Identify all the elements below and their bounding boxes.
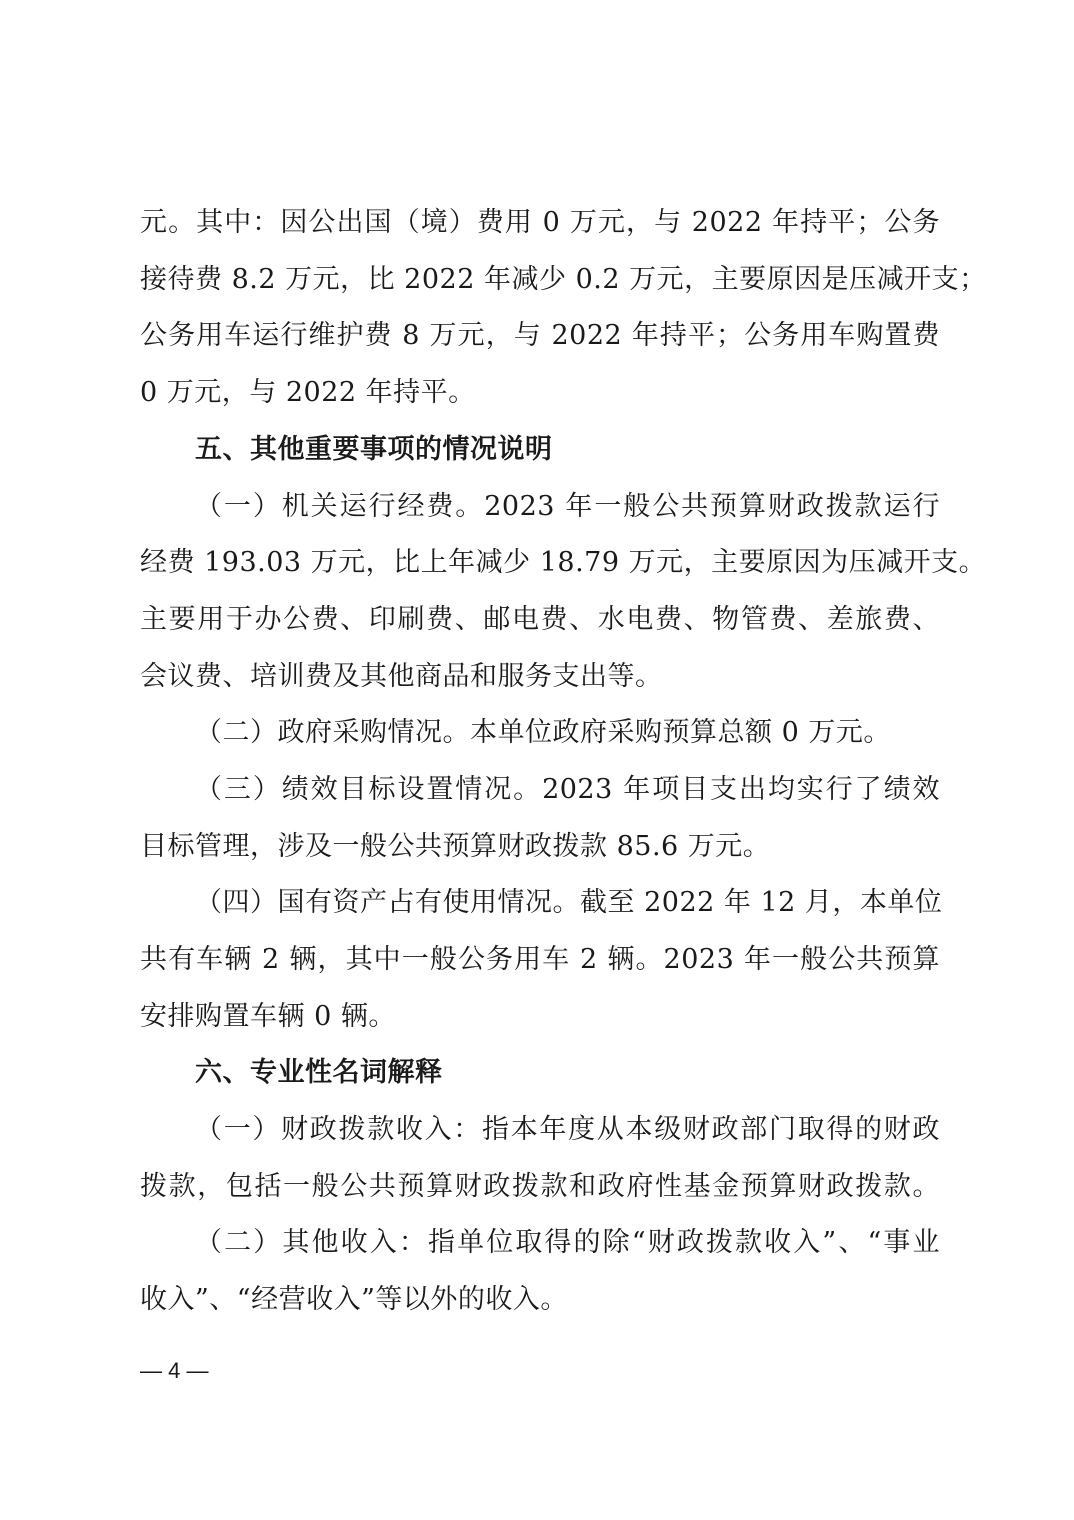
item-label: （一）机关运行经费。	[195, 491, 484, 522]
paragraph-line: 目标管理，涉及一般公共预算财政拨款 85.6 万元。	[140, 829, 940, 865]
paragraph-line: 经费 193.03 万元，比上年减少 18.79 万元，主要原因为压减开支。	[140, 545, 940, 581]
item-text: 2023 年项目支出均实行了绩效	[542, 774, 940, 805]
item-6-1-line: （一）财政拨款收入：指本年度从本级财政部门取得的财政	[195, 1112, 940, 1148]
paragraph-line: 收入”、“经营收入”等以外的收入。	[140, 1282, 940, 1318]
item-label: （二）其他收入：	[195, 1227, 428, 1258]
page-number: — 4 —	[140, 1358, 208, 1384]
item-label: （三）绩效目标设置情况。	[195, 774, 542, 805]
paragraph-line: 公务用车运行维护费 8 万元，与 2022 年持平；公务用车购置费	[140, 318, 940, 354]
item-5-2-line: （二）政府采购情况。本单位政府采购预算总额 0 万元。	[195, 715, 940, 751]
item-text: 截至 2022 年 12 月，本单位	[580, 887, 942, 918]
item-6-2-line: （二）其他收入：指单位取得的除“财政拨款收入”、“事业	[195, 1225, 940, 1261]
item-text: 指本年度从本级财政部门取得的财政	[482, 1114, 940, 1145]
item-text: 本单位政府采购预算总额 0 万元。	[470, 717, 891, 748]
paragraph-line: 共有车辆 2 辆，其中一般公务用车 2 辆。2023 年一般公共预算	[140, 942, 940, 978]
item-text: 2023 年一般公共预算财政拨款运行	[484, 491, 940, 522]
section-heading-5: 五、其他重要事项的情况说明	[195, 432, 940, 468]
document-page: 元。其中：因公出国（境）费用 0 万元，与 2022 年持平；公务 接待费 8.…	[0, 0, 1074, 1520]
paragraph-line: 0 万元，与 2022 年持平。	[140, 375, 940, 411]
item-label: （二）政府采购情况。	[195, 717, 470, 748]
item-5-3-line: （三）绩效目标设置情况。2023 年项目支出均实行了绩效	[195, 772, 940, 808]
paragraph-line: 元。其中：因公出国（境）费用 0 万元，与 2022 年持平；公务	[140, 205, 940, 241]
paragraph-line: 会议费、培训费及其他商品和服务支出等。	[140, 659, 940, 695]
paragraph-line: 拨款，包括一般公共预算财政拨款和政府性基金预算财政拨款。	[140, 1169, 940, 1205]
paragraph-line: 主要用于办公费、印刷费、邮电费、水电费、物管费、差旅费、	[140, 602, 940, 638]
item-text: 指单位取得的除“财政拨款收入”、“事业	[428, 1227, 940, 1258]
paragraph-line: 接待费 8.2 万元，比 2022 年减少 0.2 万元，主要原因是压减开支；	[140, 262, 940, 298]
item-label: （四）国有资产占有使用情况。	[195, 887, 580, 918]
item-5-1-line: （一）机关运行经费。2023 年一般公共预算财政拨款运行	[195, 489, 940, 525]
item-label: （一）财政拨款收入：	[195, 1114, 482, 1145]
item-5-4-line: （四）国有资产占有使用情况。截至 2022 年 12 月，本单位	[195, 885, 940, 921]
section-heading-6: 六、专业性名词解释	[195, 1055, 940, 1091]
paragraph-line: 安排购置车辆 0 辆。	[140, 999, 940, 1035]
